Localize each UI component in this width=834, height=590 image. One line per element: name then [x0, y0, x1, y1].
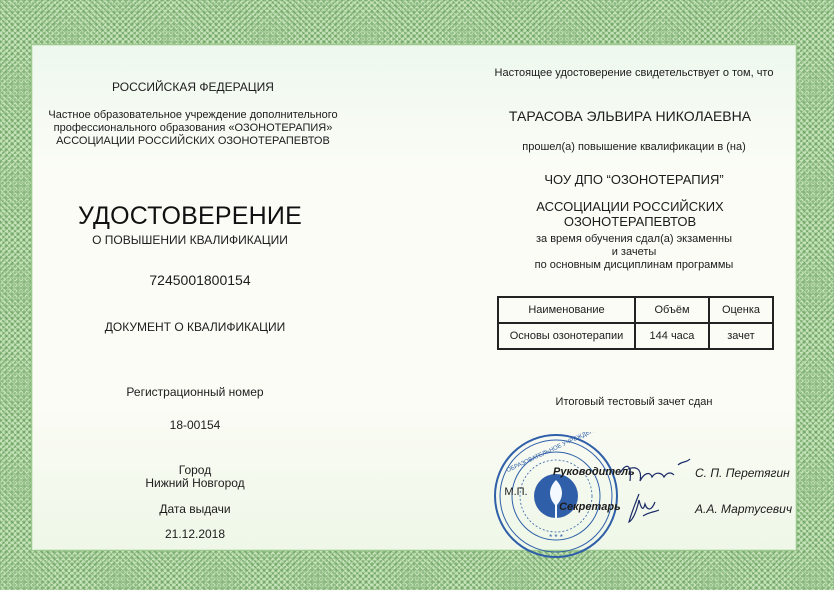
organization-short: ЧОУ ДПО “ОЗОНОТЕРАПИЯ”	[544, 172, 723, 187]
cell-subject: Основы озонотерапии	[498, 323, 635, 349]
header-name: Наименование	[498, 297, 635, 323]
cell-grade: зачет	[709, 323, 773, 349]
reg-number-label: Регистрационный номер	[126, 385, 263, 399]
organization-association: АССОЦИАЦИИ РОССИЙСКИХ ОЗОНОТЕРАПЕВТОВ	[536, 199, 723, 229]
document-subtitle: О ПОВЫШЕНИИ КВАЛИФИКАЦИИ	[92, 233, 288, 247]
recipient-name: ТАРАСОВА ЭЛЬВИРА НИКОЛАЕВНА	[509, 108, 751, 124]
document-number: 7245001800154	[149, 272, 250, 288]
institution-name: Частное образовательное учреждение допол…	[48, 109, 337, 148]
cell-volume: 144 часа	[635, 323, 709, 349]
city-label: Город	[179, 463, 211, 477]
header-grade: Оценка	[709, 297, 773, 323]
head-signature-icon	[618, 455, 696, 491]
secretary-signature-icon	[625, 490, 665, 526]
issue-date-label: Дата выдачи	[159, 502, 230, 516]
header-volume: Объём	[635, 297, 709, 323]
reg-number: 18-00154	[170, 418, 221, 432]
stamp-place-label: М.П.	[504, 486, 527, 498]
table-row: Основы озонотерапии 144 часа зачет	[498, 323, 773, 349]
exams-text: за время обучения сдал(а) экзаменны и за…	[534, 233, 734, 272]
grades-table: Наименование Объём Оценка Основы озоноте…	[497, 296, 774, 350]
country-heading: РОССИЙСКАЯ ФЕДЕРАЦИЯ	[112, 80, 274, 94]
completed-text: прошел(а) повышение квалификации в (на)	[522, 141, 746, 153]
svg-text:* * *: * * *	[549, 533, 563, 542]
final-test-text: Итоговый тестовый зачет сдан	[556, 396, 713, 408]
city-value: Нижний Новгород	[145, 476, 244, 490]
document-title: УДОСТОВЕРЕНИЕ	[78, 202, 302, 231]
secretary-name: А.А. Мартусевич	[695, 502, 792, 516]
document-type: ДОКУМЕНТ О КВАЛИФИКАЦИИ	[105, 320, 285, 334]
issue-date: 21.12.2018	[165, 527, 225, 541]
secretary-label: Секретарь	[559, 501, 621, 513]
certifies-text: Настоящее удостоверение свидетельствует …	[495, 67, 774, 79]
head-name: С. П. Перетягин	[695, 466, 790, 480]
table-header-row: Наименование Объём Оценка	[498, 297, 773, 323]
